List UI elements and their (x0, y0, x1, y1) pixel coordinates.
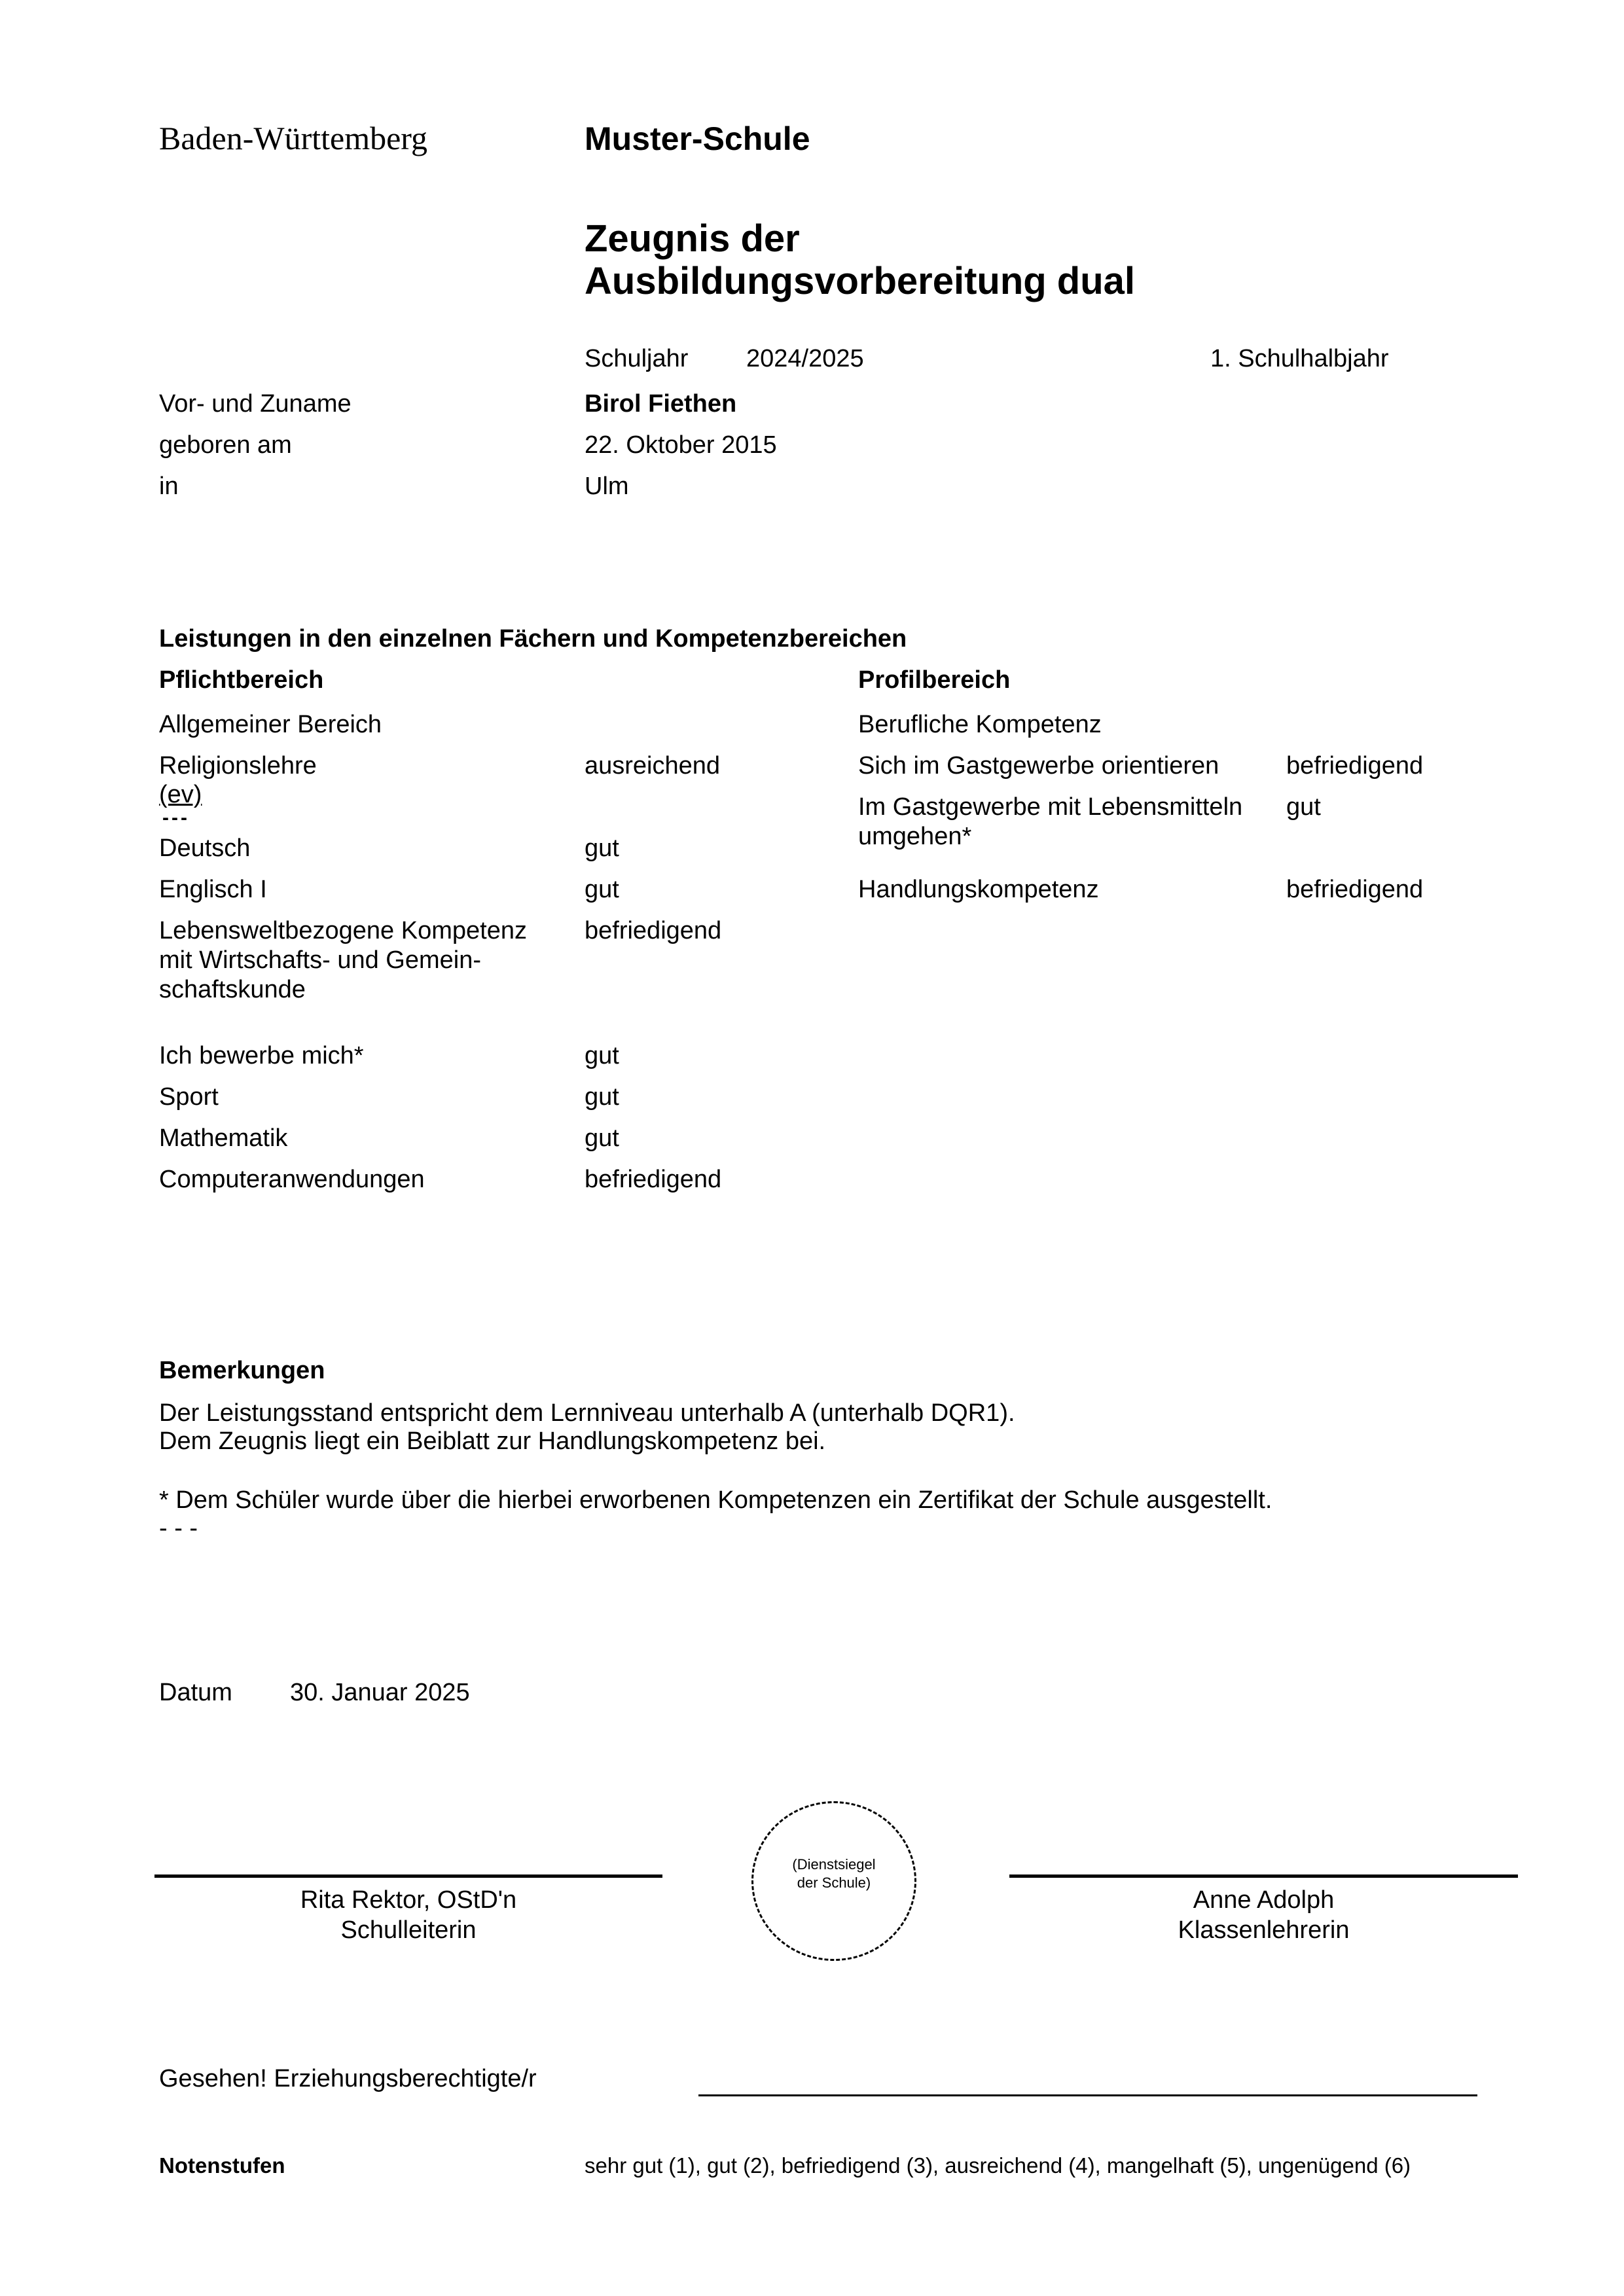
principal-role: Schulleiterin (154, 1916, 662, 1946)
guardian-label: Gesehen! Erziehungsberechtigte/r (159, 2065, 537, 2094)
official-seal-placeholder: (Dienstsiegel der Schule) (751, 1801, 916, 1961)
seal-text-line2: der Schule) (753, 1874, 914, 1892)
grade-deutsch: gut (585, 834, 619, 863)
pflicht-subheading: Allgemeiner Bereich (159, 711, 382, 740)
remarks-footnote: * Dem Schüler wurde über die hierbei erw… (159, 1486, 1272, 1515)
subject-religion: Religionslehre (159, 752, 317, 781)
subject-bewerbung: Ich bewerbe mich* (159, 1042, 364, 1071)
subject-deutsch: Deutsch (159, 834, 250, 863)
principal-name: Rita Rektor, OStD'n (154, 1886, 662, 1916)
grade-religion: ausreichend (585, 752, 720, 781)
document-title-line2: Ausbildungsvorbereitung dual (585, 260, 1135, 303)
grade-sport: gut (585, 1083, 619, 1112)
profil-heading: Profilbereich (858, 666, 1010, 695)
profil-subheading: Berufliche Kompetenz (858, 711, 1102, 740)
subject-sport: Sport (159, 1083, 219, 1112)
date-value: 30. Januar 2025 (290, 1679, 470, 1708)
religion-denomination: (ev) (159, 781, 202, 810)
teacher-signature: Anne Adolph Klassenlehrerin (1009, 1886, 1518, 1945)
principal-signature-line (154, 1874, 662, 1878)
school-name: Muster-Schule (585, 120, 810, 158)
remarks-line1: Der Leistungsstand entspricht dem Lernni… (159, 1399, 1015, 1428)
subject-lebensmittel-line1: Im Gastgewerbe mit Lebensmitteln (858, 793, 1242, 822)
principal-signature: Rita Rektor, OStD'n Schulleiterin (154, 1886, 662, 1945)
school-year-label: Schuljahr (585, 345, 688, 374)
teacher-name: Anne Adolph (1009, 1886, 1518, 1916)
guardian-signature-line (698, 2094, 1477, 2096)
grade-lebensmittel: gut (1286, 793, 1321, 822)
student-name: Birol Fiethen (585, 390, 736, 419)
birthdate: 22. Oktober 2015 (585, 431, 777, 460)
subject-lwk-line2: mit Wirtschafts- und Gemein- (159, 946, 481, 975)
grade-bewerbung: gut (585, 1042, 619, 1071)
seal-text-line1: (Dienstsiegel (753, 1856, 914, 1874)
teacher-role: Klassenlehrerin (1009, 1916, 1518, 1946)
grade-mathematik: gut (585, 1124, 619, 1153)
grading-scale-text: sehr gut (1), gut (2), befriedigend (3),… (585, 2153, 1411, 2178)
remarks-line2: Dem Zeugnis liegt ein Beiblatt zur Handl… (159, 1427, 825, 1456)
document-title-line1: Zeugnis der (585, 218, 800, 260)
subject-handlungskompetenz: Handlungskompetenz (858, 876, 1099, 905)
name-label: Vor- und Zuname (159, 390, 352, 419)
grade-handlungskompetenz: befriedigend (1286, 876, 1423, 905)
subject-gastgewerbe-orientieren: Sich im Gastgewerbe orientieren (858, 752, 1219, 781)
subject-lebensmittel-line2: umgehen* (858, 823, 971, 852)
grading-scale-label: Notenstufen (159, 2153, 285, 2178)
birthdate-label: geboren am (159, 431, 292, 460)
date-label: Datum (159, 1679, 232, 1708)
school-term: 1. Schulhalbjahr (1210, 345, 1389, 374)
grade-lwk: befriedigend (585, 917, 721, 946)
state-name: Baden-Württemberg (159, 120, 427, 158)
birthplace-label: in (159, 473, 179, 501)
pflicht-heading: Pflichtbereich (159, 666, 323, 695)
subject-lwk-line1: Lebensweltbezogene Kompetenz (159, 917, 527, 946)
remarks-heading: Bemerkungen (159, 1357, 325, 1386)
grade-computer: befriedigend (585, 1166, 721, 1194)
teacher-signature-line (1009, 1874, 1518, 1878)
remarks-marker: - - - (159, 1515, 198, 1543)
grade-englisch: gut (585, 876, 619, 905)
grade-gastgewerbe-orientieren: befriedigend (1286, 752, 1423, 781)
subject-mathematik: Mathematik (159, 1124, 287, 1153)
subject-lwk-line3: schaftskunde (159, 976, 306, 1005)
religion-marker: --- (162, 807, 190, 830)
birthplace: Ulm (585, 473, 629, 501)
subject-computer: Computeranwendungen (159, 1166, 425, 1194)
grades-heading: Leistungen in den einzelnen Fächern und … (159, 625, 907, 654)
subject-englisch: Englisch I (159, 876, 267, 905)
school-year-value: 2024/2025 (746, 345, 864, 374)
